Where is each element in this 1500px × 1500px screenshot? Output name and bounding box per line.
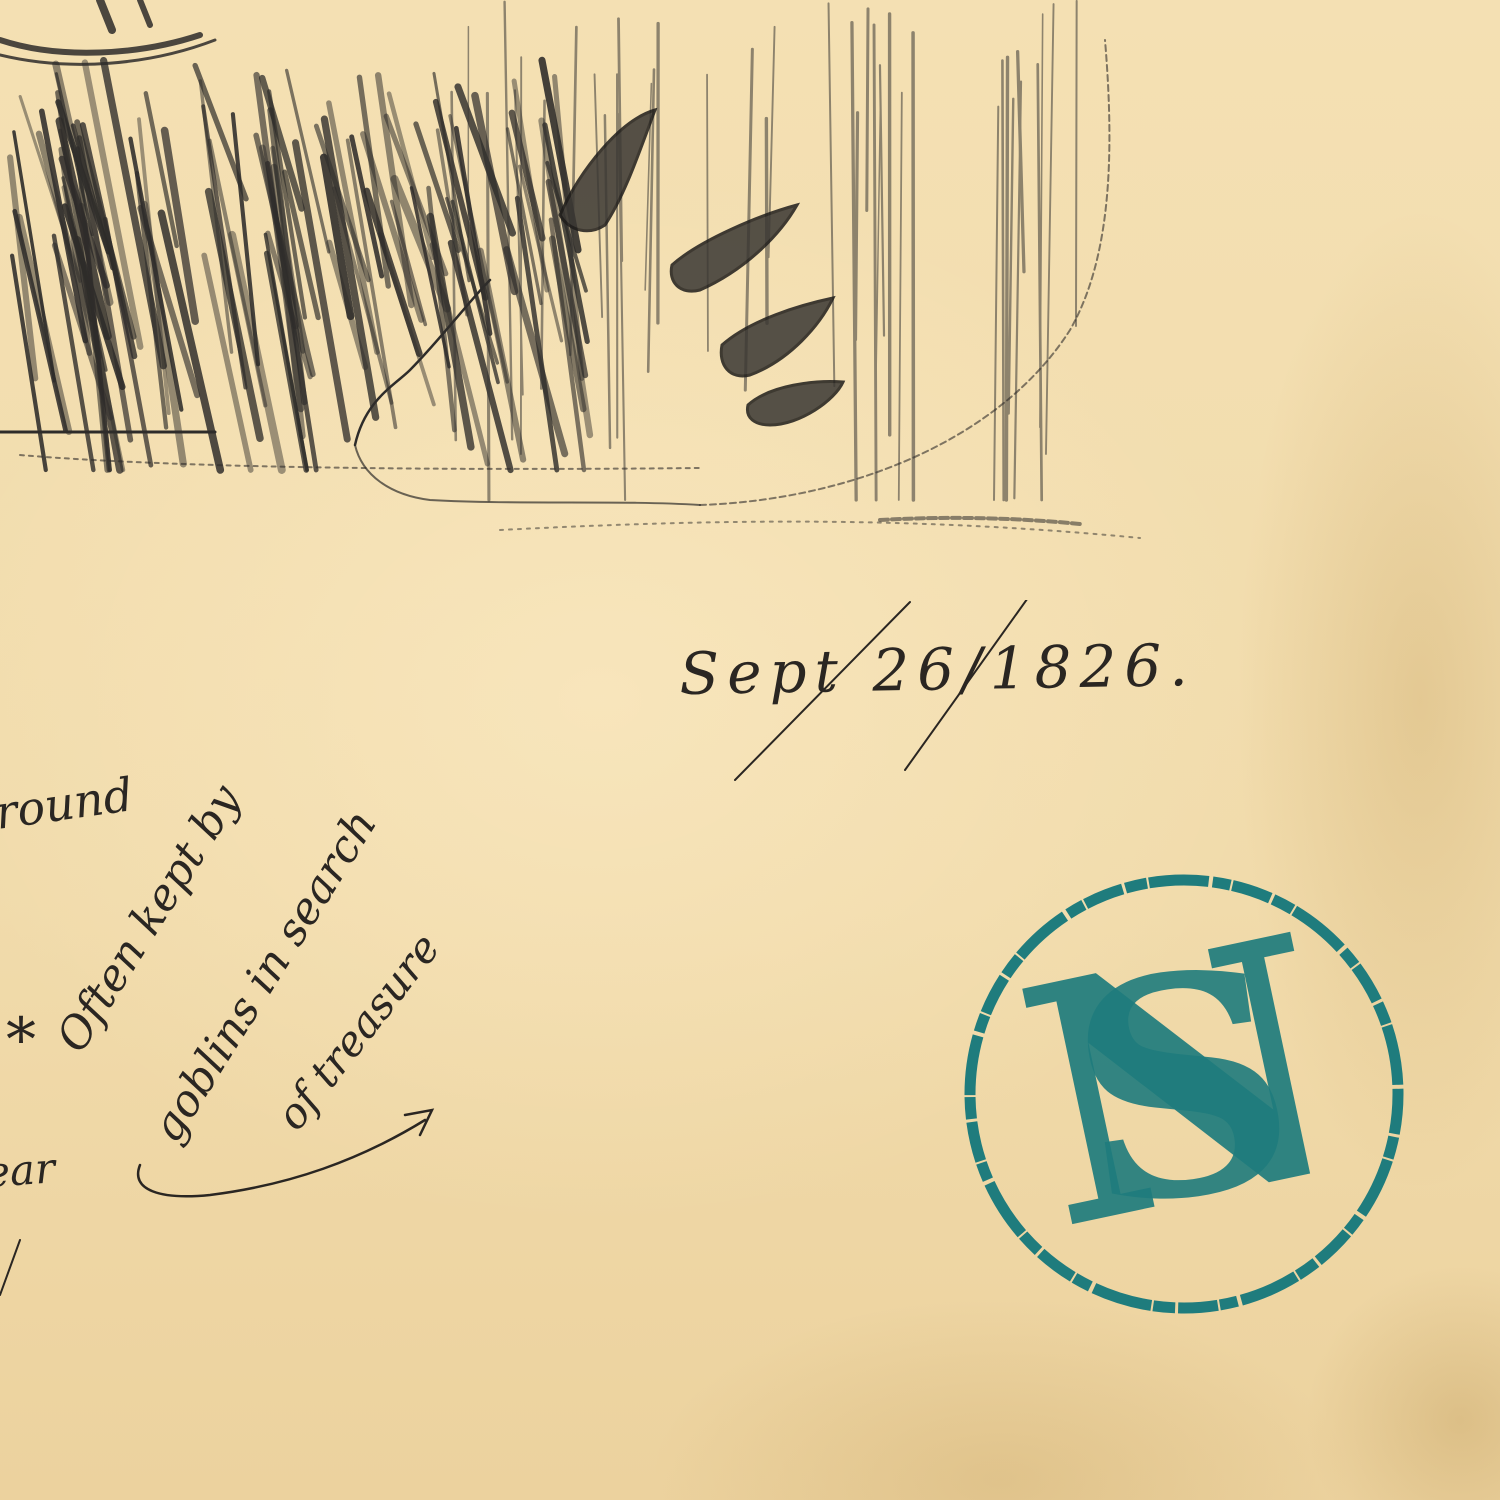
note-fragment-gear: gear	[0, 1143, 57, 1199]
sn-monogram-stamp: N S	[958, 868, 1410, 1320]
pencil-sketch-creature-foot	[0, 0, 1500, 560]
stamp-monogram-letters: N S	[994, 868, 1370, 1303]
asterisk-mark: *	[6, 1005, 36, 1075]
date-note: Sept 26/1826.	[679, 631, 1196, 708]
